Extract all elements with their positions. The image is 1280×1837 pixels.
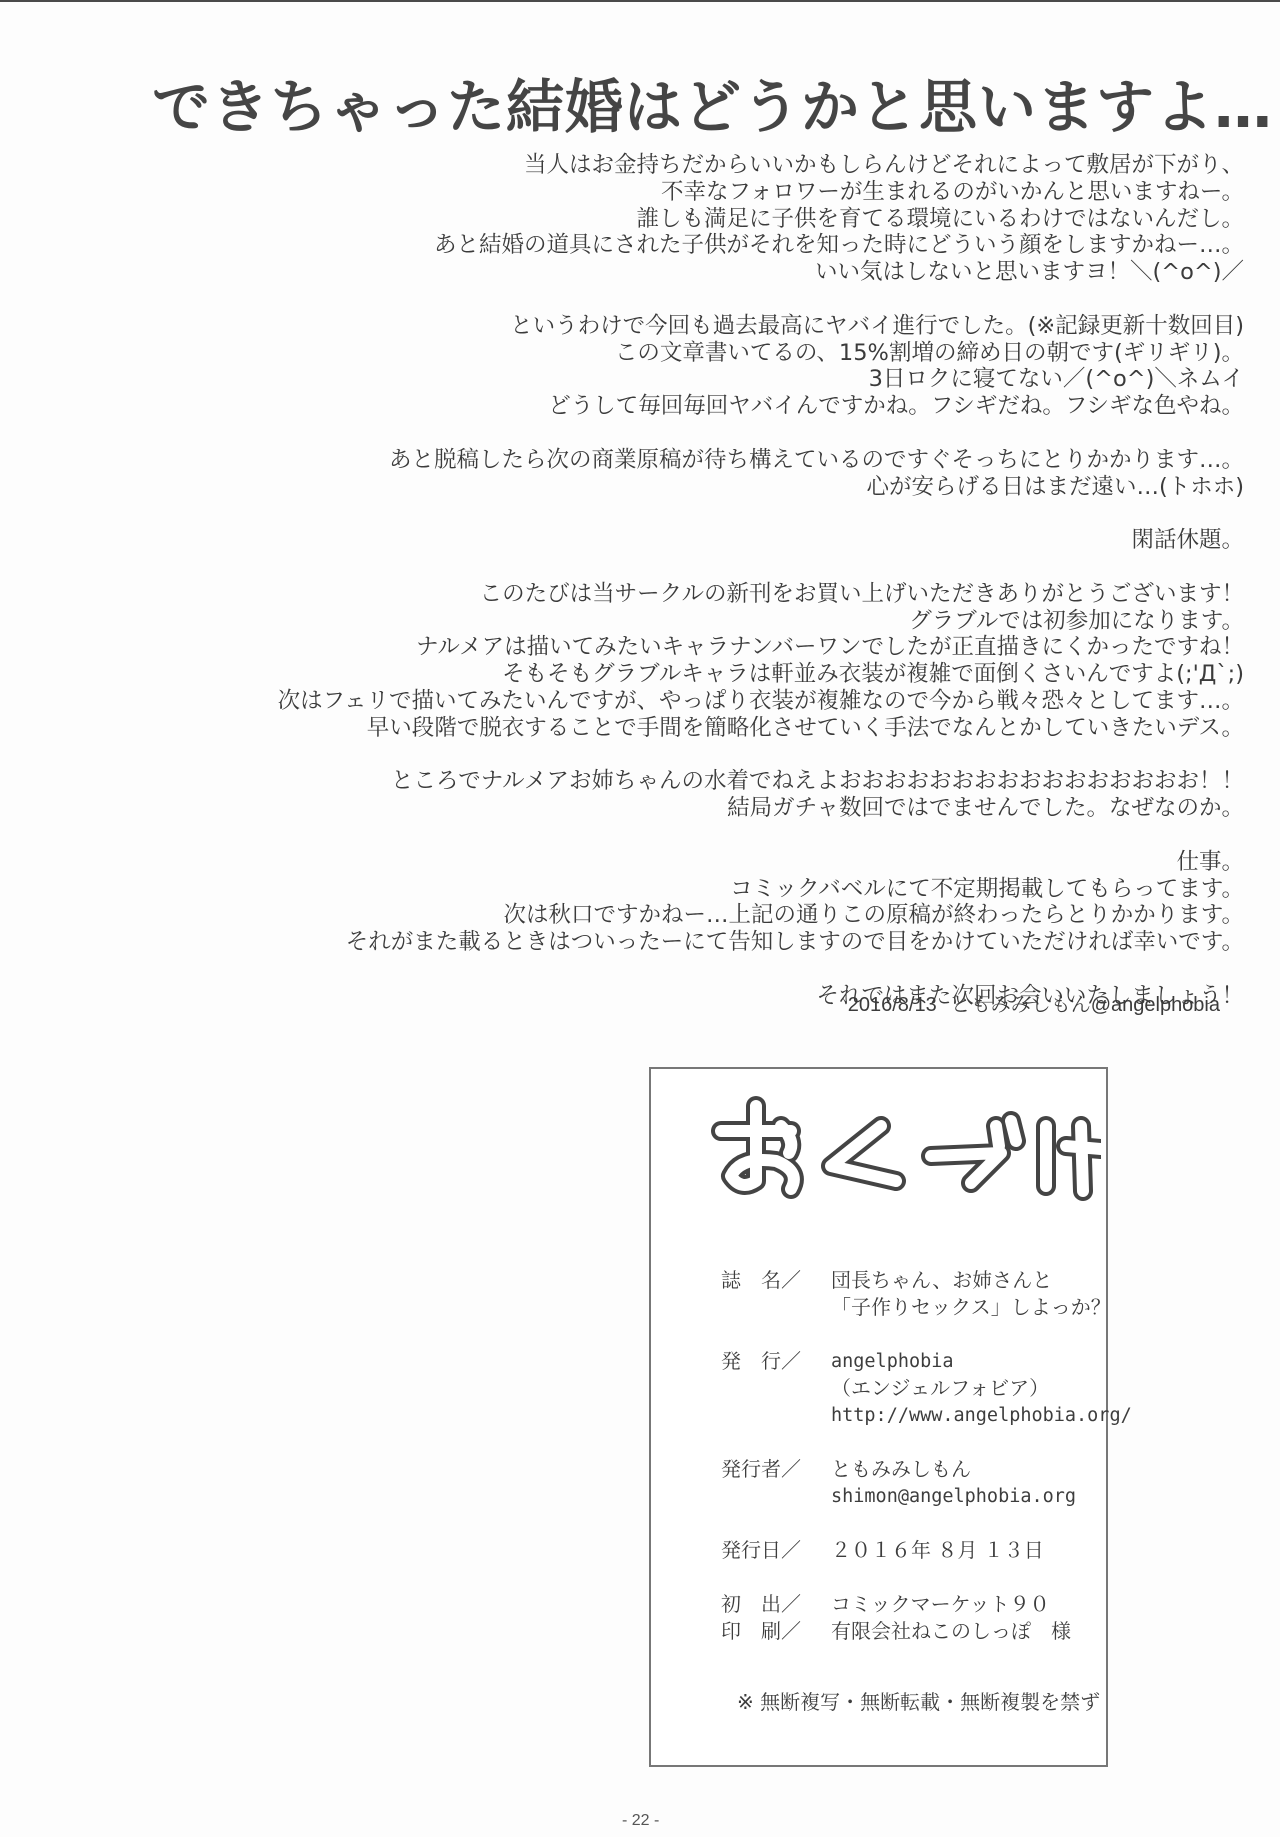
copyright-notice: ※ 無断複写・無断転載・無断複製を禁ず <box>737 1686 1100 1715</box>
text-line: あと脱稿したら次の商業原稿が待ち構えているのですぐそっちにとりかかります…。 <box>144 447 1244 474</box>
row-value: 有限会社ねこのしっぽ 様 <box>831 1618 1096 1645</box>
row-value: angelphobia <box>831 1348 1132 1375</box>
row-label: 誌 名／ <box>721 1267 831 1321</box>
row-value: 「子作りセックス」しよっか？ <box>831 1294 1111 1321</box>
paragraph: このたびは当サークルの新刊をお買い上げいただきありがとうございます！ グラブルで… <box>144 581 1244 742</box>
text-line: 早い段階で脱衣することで手間を簡略化させていく手法でなんとかしていきたいデス。 <box>144 715 1244 742</box>
text-line: というわけで今回も過去最高にヤバイ進行でした。(※記録更新十数回目) <box>144 313 1244 340</box>
text-line: それがまた載るときはついったーにて告知しますので目をかけていただければ幸いです。 <box>144 929 1244 956</box>
page-top-edge <box>0 0 1280 2</box>
text-line: 当人はお金持ちだからいいかもしらんけどそれによって敷居が下がり、 <box>144 152 1244 179</box>
row-value: ２０１６年 ８月 １３日 <box>831 1537 1096 1564</box>
row-label: 印 刷／ <box>721 1618 831 1645</box>
signature: 2016/8/13ともみみしもん@angelphobia <box>848 988 1220 1017</box>
text-line: グラブルでは初参加になります。 <box>144 608 1244 635</box>
row-label: 発行日／ <box>721 1537 831 1564</box>
paragraph: というわけで今回も過去最高にヤバイ進行でした。(※記録更新十数回目) この文章書… <box>144 313 1244 420</box>
text-line: 不幸なフォロワーが生まれるのがいかんと思いますねー。 <box>144 179 1244 206</box>
text-line: 心が安らげる日はまだ遠い…(トホホ) <box>144 474 1244 501</box>
okuzuke-heading-graphic: おくづけ <box>681 1091 1101 1201</box>
paragraph: 仕事。 コミックバベルにて不定期掲載してもらってます。 次は秋口ですかねー…上記… <box>144 849 1244 956</box>
text-line: 仕事。 <box>144 849 1244 876</box>
text-line: このたびは当サークルの新刊をお買い上げいただきありがとうございます！ <box>144 581 1244 608</box>
text-line: 結局ガチャ数回ではでませんでした。なぜなのか。 <box>144 795 1244 822</box>
paragraph: 当人はお金持ちだからいいかもしらんけどそれによって敷居が下がり、 不幸なフォロワ… <box>144 152 1244 286</box>
paragraph: 閑話休題。 <box>144 527 1244 554</box>
colophon-row-printer: 印 刷／ 有限会社ねこのしっぽ 様 <box>721 1618 1096 1645</box>
row-value: ともみみしもん <box>831 1456 1096 1483</box>
colophon-details: 誌 名／ 団長ちゃん、お姉さんと 「子作りセックス」しよっか？ 発 行／ ang… <box>721 1267 1096 1672</box>
row-value: 団長ちゃん、お姉さんと <box>831 1267 1111 1294</box>
afterword-body: 当人はお金持ちだからいいかもしらんけどそれによって敷居が下がり、 不幸なフォロワ… <box>144 152 1244 1036</box>
email-link[interactable]: shimon@angelphobia.org <box>831 1483 1096 1510</box>
text-line: この文章書いてるの、15%割増の締め日の朝です(ギリギリ)。 <box>144 340 1244 367</box>
text-line: ところでナルメアお姉ちゃんの水着でねえよおおおおおおおおおおおおおおおお！！ <box>144 768 1244 795</box>
text-line: いい気はしないと思いますヨ！＼(^o^)／ <box>144 259 1244 286</box>
text-line: 次は秋口ですかねー…上記の通りこの原稿が終わったらとりかかります。 <box>144 902 1244 929</box>
colophon-row-publisher: 発 行／ angelphobia （エンジェルフォビア） http://www.… <box>721 1348 1096 1429</box>
paragraph: あと脱稿したら次の商業原稿が待ち構えているのですぐそっちにとりかかります…。 心… <box>144 447 1244 501</box>
text-line: 誰しも満足に子供を育てる環境にいるわけではないんだし。 <box>144 206 1244 233</box>
text-line: 閑話休題。 <box>144 527 1244 554</box>
row-label: 発行者／ <box>721 1456 831 1510</box>
colophon-row-issuer: 発行者／ ともみみしもん shimon@angelphobia.org <box>721 1456 1096 1510</box>
colophon-row-title: 誌 名／ 団長ちゃん、お姉さんと 「子作りセックス」しよっか？ <box>721 1267 1096 1321</box>
colophon-box: おくづけ 誌 名／ 団長ちゃん、お姉さんと 「子作りセックス」しよっか？ 発 行… <box>649 1067 1108 1767</box>
text-line: そもそもグラブルキャラは軒並み衣装が複雑で面倒くさいんですよ(;'Д`;) <box>144 661 1244 688</box>
page-number: - 22 - <box>622 1812 659 1830</box>
text-line: ナルメアは描いてみたいキャラナンバーワンでしたが正直描きにくかったですね！ <box>144 634 1244 661</box>
page-title: できちゃった結婚はどうかと思いますよ… <box>152 72 1252 142</box>
website-link[interactable]: http://www.angelphobia.org/ <box>831 1402 1132 1429</box>
row-label: 発 行／ <box>721 1348 831 1429</box>
signature-date: 2016/8/13 <box>848 994 937 1016</box>
paragraph: ところでナルメアお姉ちゃんの水着でねえよおおおおおおおおおおおおおおおお！！ 結… <box>144 768 1244 822</box>
row-label: 初 出／ <box>721 1591 831 1618</box>
text-line: コミックバベルにて不定期掲載してもらってます。 <box>144 876 1244 903</box>
text-line: あと結婚の道具にされた子供がそれを知った時にどういう顔をしますかねー…。 <box>144 232 1244 259</box>
text-line: 次はフェリで描いてみたいんですが、やっぱり衣装が複雑なので今から戦々恐々としてま… <box>144 688 1244 715</box>
colophon-row-first-appearance: 初 出／ コミックマーケット９０ <box>721 1591 1096 1618</box>
row-value: （エンジェルフォビア） <box>831 1375 1132 1402</box>
text-line: 3日ロクに寝てない／(^o^)＼ネムイ <box>144 366 1244 393</box>
row-value: コミックマーケット９０ <box>831 1591 1096 1618</box>
colophon-row-date: 発行日／ ２０１６年 ８月 １３日 <box>721 1537 1096 1564</box>
signature-author: ともみみしもん@angelphobia <box>951 994 1220 1016</box>
text-line: どうして毎回毎回ヤバイんですかね。フシギだね。フシギな色やね。 <box>144 393 1244 420</box>
